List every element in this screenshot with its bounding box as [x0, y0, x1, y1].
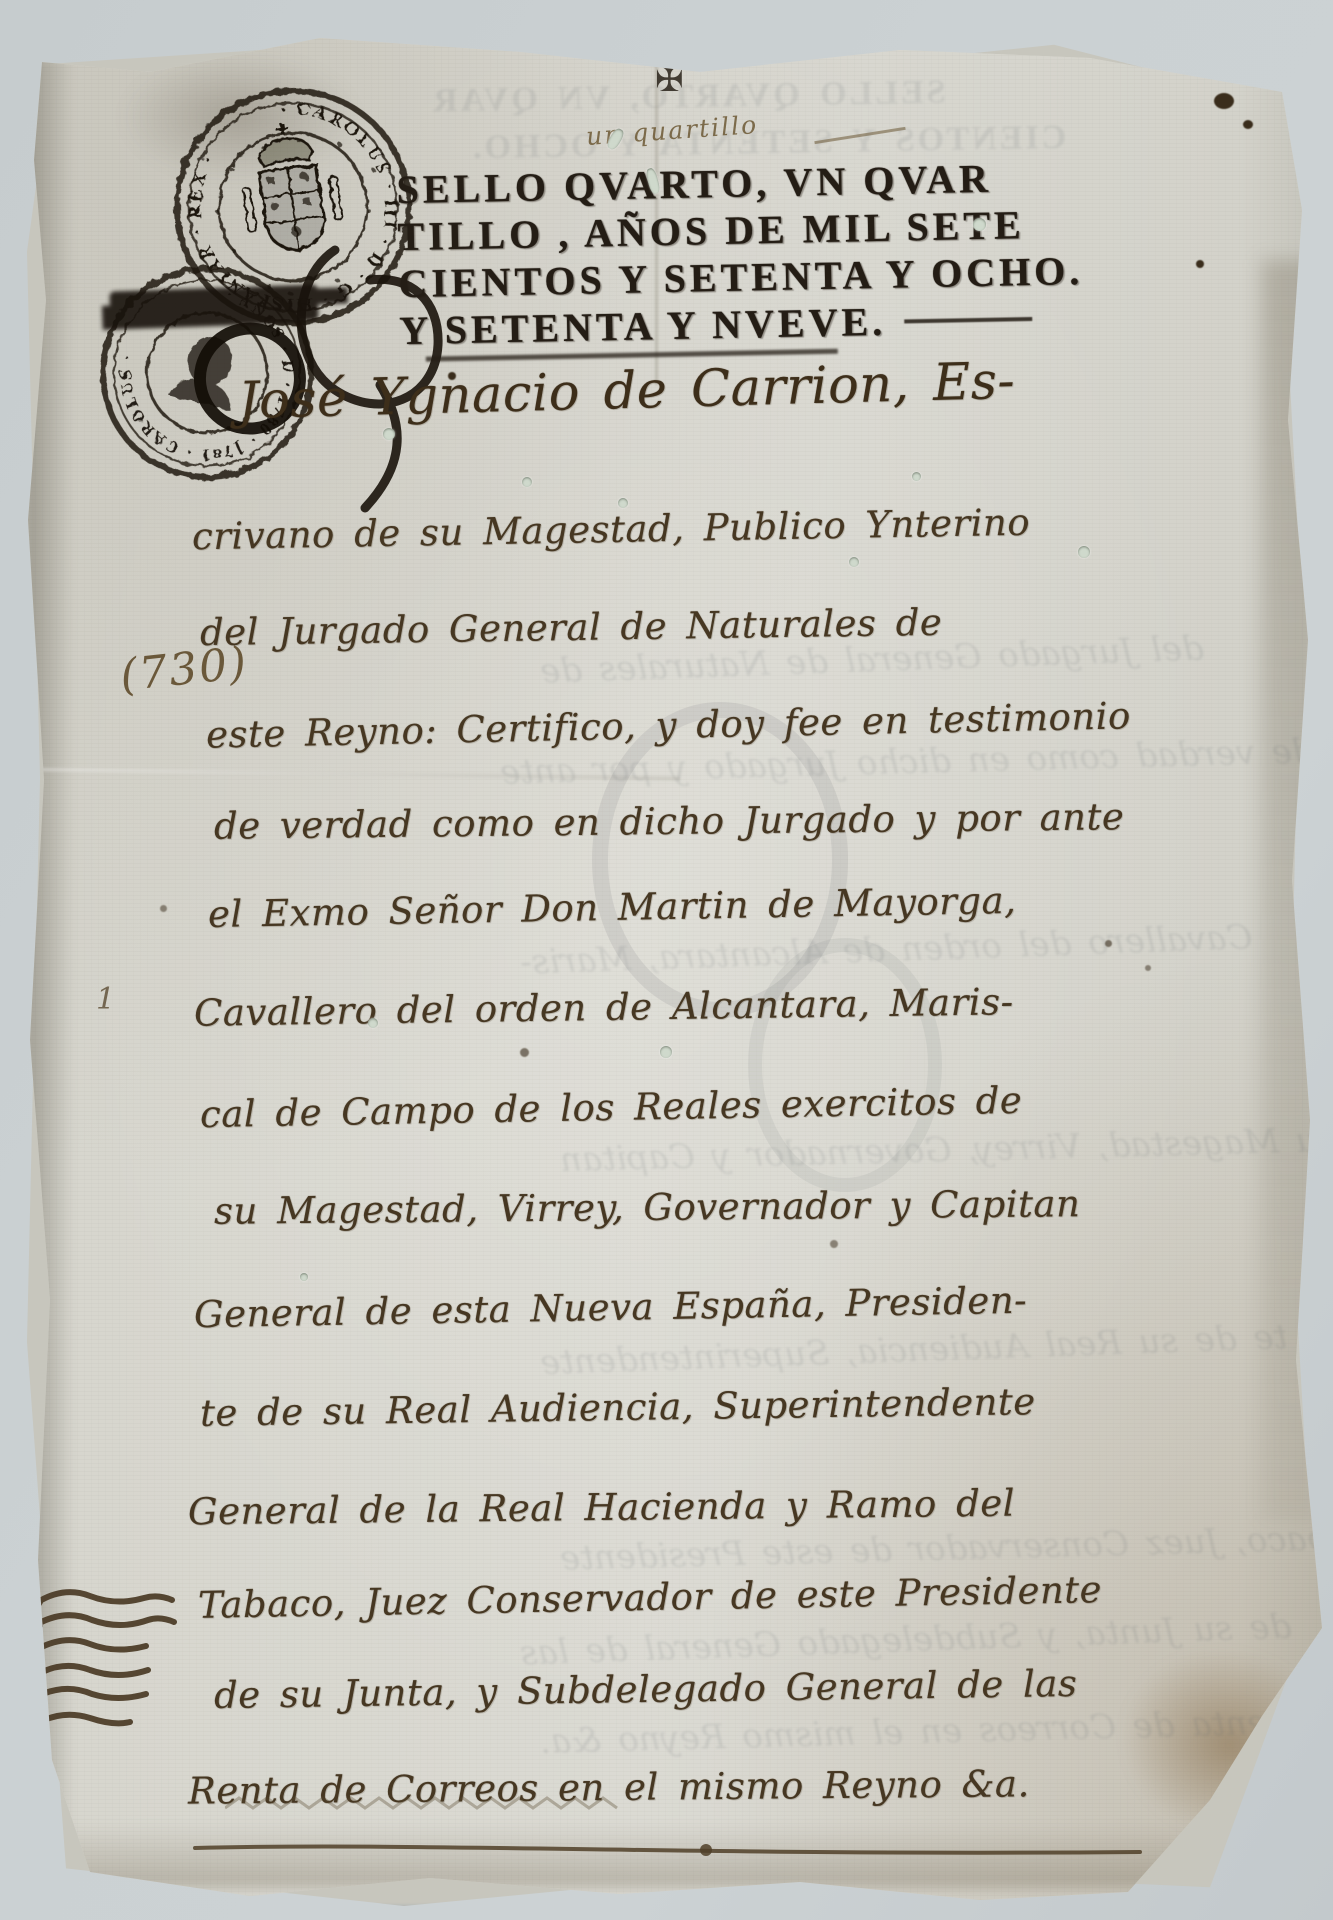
fox-spot	[520, 1048, 529, 1057]
fox-spot	[1214, 93, 1234, 109]
ink-overprint-bar	[109, 284, 318, 327]
worm-hole	[618, 498, 628, 508]
worm-hole	[383, 428, 395, 440]
invocation-cross-icon: ✠	[655, 60, 684, 100]
margin-mark: 1	[96, 982, 115, 1017]
fox-spot	[1105, 940, 1112, 947]
manuscript-line: su Magestad, Virrey, Governador y Capita…	[214, 1182, 1081, 1233]
fox-spot	[160, 905, 167, 912]
worm-hole	[849, 557, 859, 567]
seal-rule-dash	[904, 316, 1032, 322]
manuscript-line: General de la Real Hacienda y Ramo del	[188, 1482, 1015, 1534]
manuscript-scan: SELLO QVARTO, VN QVAR CIENTOS Y SETENTA …	[0, 0, 1333, 1920]
worm-hole	[660, 1046, 672, 1058]
fox-spot	[830, 1240, 838, 1248]
pillar-icon	[243, 188, 256, 233]
fox-spot	[448, 372, 456, 380]
worm-hole	[973, 218, 986, 231]
pillar-icon	[329, 176, 342, 221]
seal-text-line: Y SETENTA Y NVEVE.	[399, 298, 887, 354]
worm-hole	[522, 477, 532, 487]
worm-hole	[300, 1273, 308, 1281]
shading-hatch	[225, 1792, 655, 1818]
fox-spot	[1145, 965, 1151, 971]
worm-hole	[1078, 546, 1090, 558]
fox-spot	[1196, 260, 1204, 268]
worm-hole	[912, 472, 921, 481]
paper-sheet: SELLO QVARTO, VN QVAR CIENTOS Y SETENTA …	[0, 0, 1333, 1920]
fox-spot	[1243, 120, 1253, 129]
printed-seal-text-block: SELLO QVARTO, VN QVAR TILLO , AÑOS DE MI…	[396, 154, 1040, 362]
closing-rule	[190, 1836, 1150, 1866]
ink-scribble	[24, 1580, 194, 1750]
worm-hole	[368, 1018, 378, 1028]
